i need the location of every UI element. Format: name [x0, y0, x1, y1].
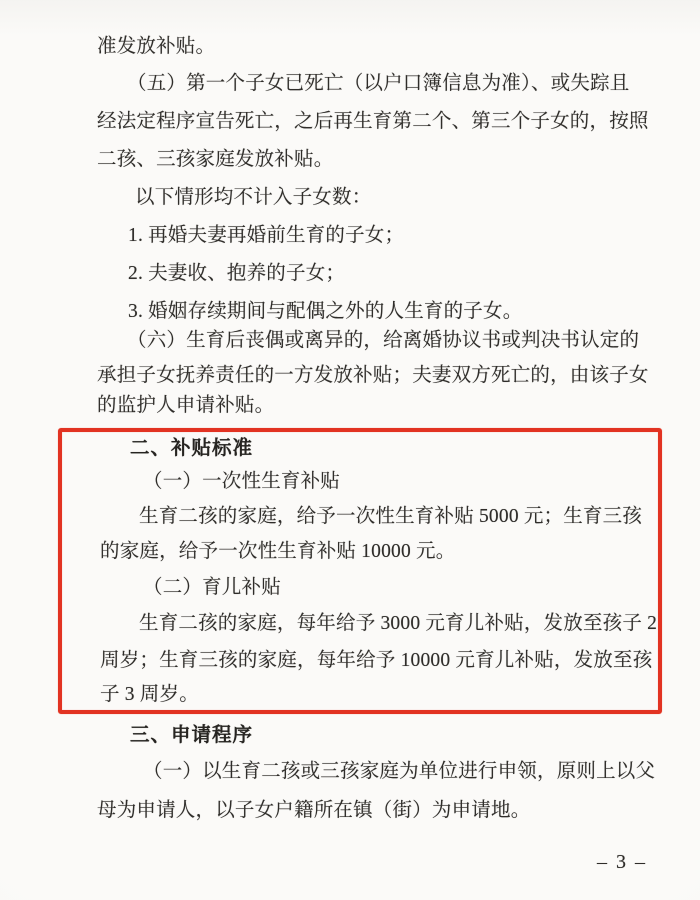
document-text-column: 准发放补贴。 （五）第一个子女已死亡（以户口簿信息为准）、或失踪且 经法定程序宣…: [97, 0, 657, 900]
document-line: 的监护人申请补贴。: [97, 392, 274, 420]
document-line: 母为申请人，以子女户籍所在镇（街）为申请地。: [97, 797, 530, 825]
document-line: 准发放补贴。: [97, 33, 215, 61]
document-line: 承担子女抚养责任的一方发放补贴；夫妻双方死亡的，由该子女: [97, 362, 649, 390]
document-line: （一）一次性生育补贴: [97, 468, 340, 496]
document-line: 的家庭，给予一次性生育补贴 10000 元。: [97, 538, 455, 566]
document-line: 1. 再婚夫妻再婚前生育的子女；: [97, 222, 404, 250]
section-heading-application-procedure: 三、申请程序: [97, 721, 253, 749]
document-line: 周岁；生育三孩的家庭，每年给予 10000 元育儿补贴，发放至孩: [97, 647, 652, 675]
document-line: 经法定程序宣告死亡，之后再生育第二个、第三个子女的，按照: [97, 108, 649, 136]
page-number: – 3 –: [597, 848, 647, 876]
document-line: （一）以生育二孩或三孩家庭为单位进行申领，原则上以父: [97, 758, 655, 786]
document-line: （二）育儿补贴: [97, 574, 281, 602]
document-page: 准发放补贴。 （五）第一个子女已死亡（以户口簿信息为准）、或失踪且 经法定程序宣…: [0, 0, 700, 900]
document-line: 以下情形均不计入子女数：: [97, 184, 371, 212]
document-line: （五）第一个子女已死亡（以户口簿信息为准）、或失踪且: [97, 70, 629, 98]
document-line: 二孩、三孩家庭发放补贴。: [97, 146, 333, 174]
document-line: 生育二孩的家庭，每年给予 3000 元育儿补贴，发放至孩子 2: [97, 610, 657, 638]
section-heading-subsidy-standard: 二、补贴标准: [97, 434, 253, 462]
document-line: 生育二孩的家庭，给予一次性生育补贴 5000 元；生育三孩: [97, 503, 642, 531]
document-line: 子 3 周岁。: [97, 681, 199, 709]
document-line: 3. 婚姻存续期间与配偶之外的人生育的子女。: [97, 298, 522, 326]
document-line: （六）生育后丧偶或离异的，给离婚协议书或判决书认定的: [97, 327, 639, 355]
document-line: 2. 夫妻收、抱养的子女；: [97, 260, 345, 288]
